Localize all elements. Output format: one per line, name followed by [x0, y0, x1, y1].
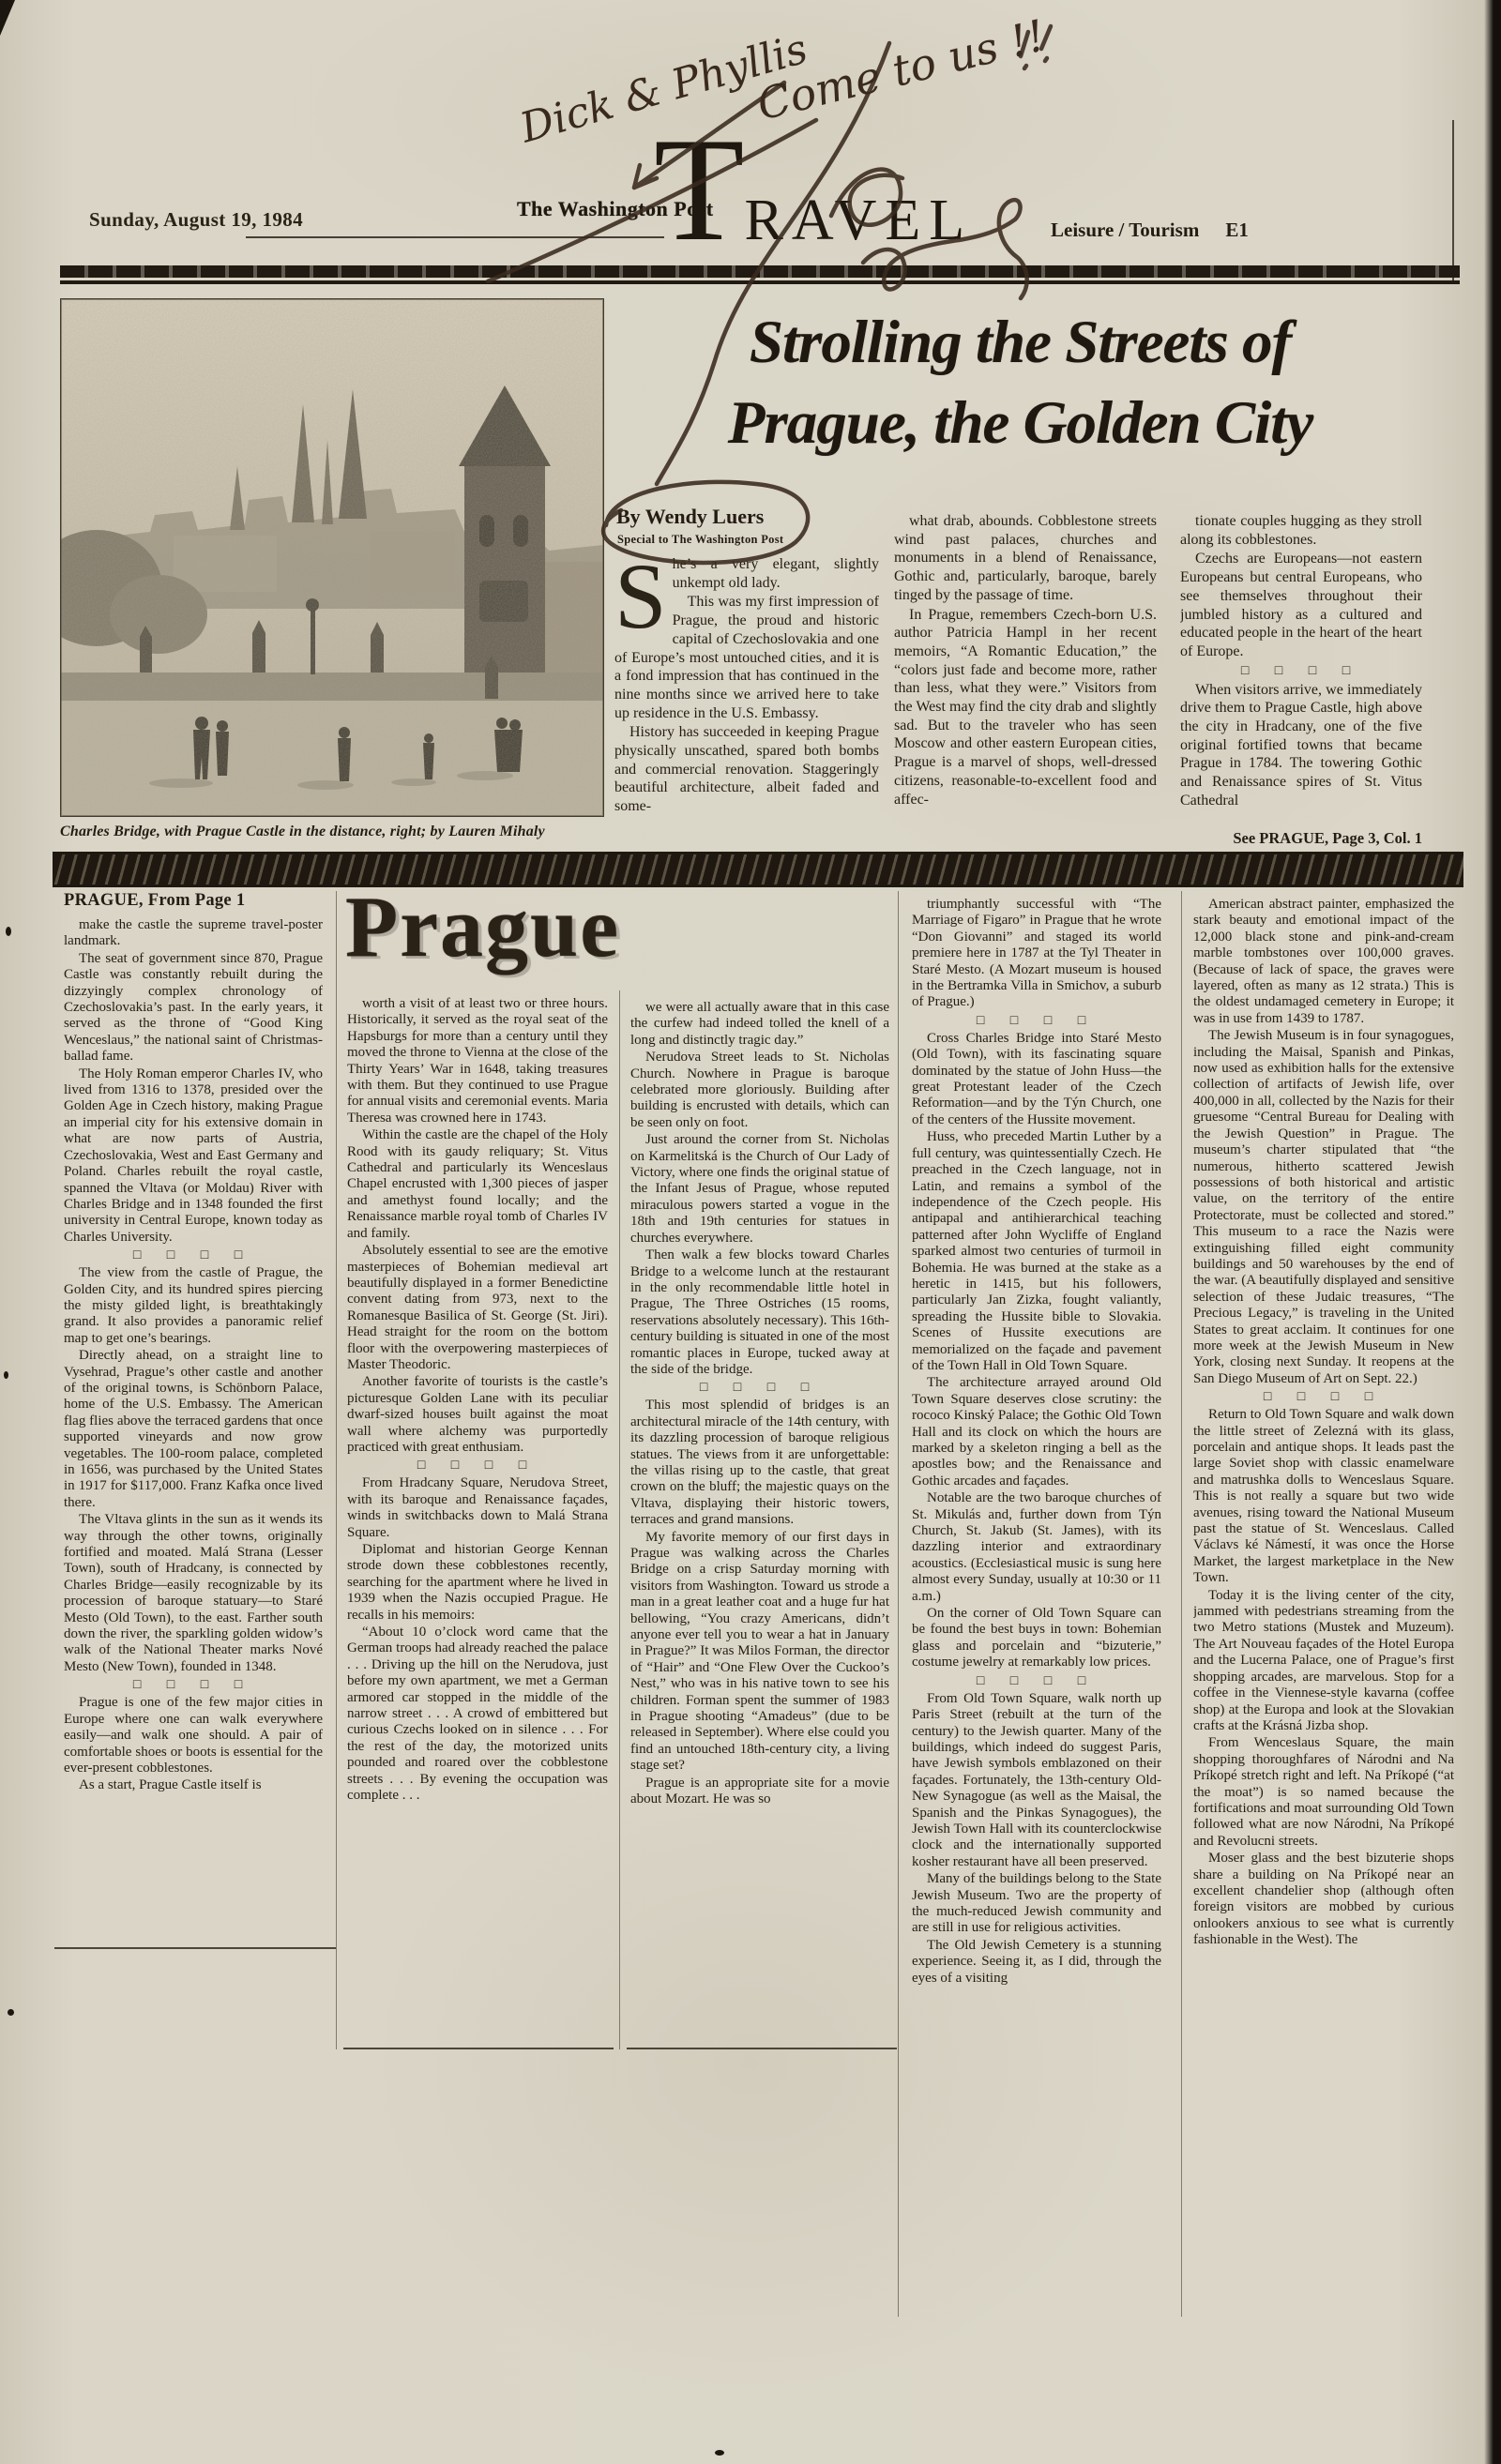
- paragraph: Notable are the two baroque churches of …: [912, 1490, 1161, 1605]
- section-break-squares: □ □ □ □: [912, 1012, 1161, 1030]
- section-divider-bar: [53, 852, 1463, 887]
- paragraph: From Wenceslaus Square, the main shoppin…: [1193, 1735, 1454, 1850]
- jump-line: See PRAGUE, Page 3, Col. 1: [1180, 829, 1422, 848]
- column-rule: [1181, 891, 1182, 2317]
- paragraph: make the castle the supreme travel-poste…: [64, 917, 323, 950]
- continuation-column-3: we were all actually aware that in this …: [630, 1000, 889, 2033]
- paragraph: “About 10 o’clock word came that the Ger…: [347, 1625, 608, 1804]
- paragraph: Within the castle are the chapel of the …: [347, 1127, 608, 1242]
- byline: By Wendy Luers: [616, 505, 764, 529]
- headline-line2: Prague, the Golden City: [600, 388, 1440, 459]
- photo-illustration: [61, 299, 603, 816]
- margin-rule-right: [1452, 120, 1454, 281]
- paragraph: As a start, Prague Castle itself is: [64, 1777, 323, 1793]
- continuation-column-1: make the castle the supreme travel-poste…: [64, 917, 323, 1943]
- paragraph: American abstract painter, emphasized th…: [1193, 897, 1454, 1027]
- paragraph: Just around the corner from St. Nicholas…: [630, 1132, 889, 1247]
- paragraph: Today it is the living center of the cit…: [1193, 1588, 1454, 1735]
- headline-line1: Strolling the Streets of: [600, 308, 1440, 378]
- paragraph: tionate couples hugging as they stroll a…: [1180, 512, 1422, 549]
- paragraph: Moser glass and the best bizuterie shops…: [1193, 1851, 1454, 1948]
- scan-edge-right: [1484, 0, 1501, 2464]
- newspaper-page: Sunday, August 19, 1984 The Washington P…: [0, 0, 1501, 2464]
- continuation-column-4: triumphantly successful with “The Marria…: [912, 897, 1161, 2320]
- page-code: E1: [1225, 219, 1249, 241]
- paragraph: The Old Jewish Cemetery is a stunning ex…: [912, 1938, 1161, 1987]
- paragraph: The seat of government since 870, Prague…: [64, 951, 323, 1066]
- paper-speck: [8, 2009, 14, 2016]
- continuation-headline: Prague: [345, 884, 619, 970]
- charles-bridge-photo: [60, 298, 604, 817]
- paragraph: Absolutely essential to see are the emot…: [347, 1243, 608, 1373]
- paper-speck: [6, 927, 11, 936]
- section-title-initial: T: [654, 122, 745, 258]
- handwriting-note: Come to us !!: [752, 9, 1051, 129]
- drop-cap: S: [614, 555, 673, 631]
- column-rule: [898, 891, 899, 2317]
- paragraph: Prague is one of the few major cities in…: [64, 1695, 323, 1776]
- paragraph: Many of the buildings belong to the Stat…: [912, 1871, 1161, 1937]
- paragraph: The Jewish Museum is in four synagogues,…: [1193, 1028, 1454, 1387]
- section-break-squares: □ □ □ □: [1193, 1388, 1454, 1406]
- section-title: TRAVEL: [654, 122, 973, 258]
- section-title-rest: RAVEL: [745, 188, 974, 254]
- issue-date: Sunday, August 19, 1984: [89, 208, 303, 232]
- byline-organization: Special to The Washington Post: [617, 533, 783, 547]
- column-end-rule: [343, 2048, 614, 2049]
- paragraph: This most splendid of bridges is an arch…: [630, 1398, 889, 1528]
- paragraph: Return to Old Town Square and walk down …: [1193, 1407, 1454, 1586]
- paragraph: what drab, abounds. Cobblestone streets …: [894, 512, 1157, 605]
- paragraph: triumphantly successful with “The Marria…: [912, 897, 1161, 1011]
- paragraph: My favorite memory of our first days in …: [630, 1530, 889, 1775]
- paragraph: When visitors arrive, we immediately dri…: [1180, 681, 1422, 810]
- paper-speck: [4, 1371, 8, 1379]
- section-break-squares: □ □ □ □: [1180, 662, 1422, 680]
- section-break-squares: □ □ □ □: [347, 1457, 608, 1474]
- scan-corner-top-left: [0, 0, 15, 36]
- exclamation-marks: [1021, 26, 1051, 68]
- paragraph: In Prague, remembers Czech-born U.S. aut…: [894, 606, 1157, 809]
- continuation-column-2: worth a visit of at least two or three h…: [347, 996, 608, 2033]
- paragraph: Diplomat and historian George Kennan str…: [347, 1542, 608, 1624]
- lead-column-3: tionate couples hugging as they stroll a…: [1180, 512, 1422, 827]
- paragraph: worth a visit of at least two or three h…: [347, 996, 608, 1126]
- section-break-squares: □ □ □ □: [64, 1676, 323, 1694]
- paragraph: The Holy Roman emperor Charles IV, who l…: [64, 1066, 323, 1246]
- lead-paragraph-first: She’s a very elegant, slightly unkempt o…: [614, 555, 879, 592]
- paragraph: Directly ahead, on a straight line to Vy…: [64, 1348, 323, 1511]
- paragraph: From Hradcany Square, Nerudova Street, w…: [347, 1475, 608, 1541]
- section-break-squares: □ □ □ □: [630, 1379, 889, 1397]
- column-rule: [336, 891, 337, 2049]
- paragraph: On the corner of Old Town Square can be …: [912, 1606, 1161, 1671]
- paragraph: Prague is an appropriate site for a movi…: [630, 1776, 889, 1808]
- column-rule: [619, 990, 620, 2049]
- continuation-column-5: American abstract painter, emphasized th…: [1193, 897, 1454, 2403]
- paragraph: History has succeeded in keeping Prague …: [614, 723, 879, 816]
- paragraph: Czechs are Europeans—not eastern Europea…: [1180, 550, 1422, 660]
- paragraph: Huss, who preceded Martin Luther by a fu…: [912, 1129, 1161, 1374]
- paragraph: Cross Charles Bridge into Staré Mesto (O…: [912, 1031, 1161, 1128]
- lead-first-text: he’s a very elegant, slightly unkempt ol…: [673, 556, 879, 591]
- paragraph: we were all actually aware that in this …: [630, 1000, 889, 1049]
- paper-speck: [715, 2450, 724, 2456]
- section-break-squares: □ □ □ □: [912, 1672, 1161, 1690]
- continuation-kicker: PRAGUE, From Page 1: [64, 891, 245, 911]
- masthead-rule: [246, 236, 664, 238]
- lead-column-2: what drab, abounds. Cobblestone streets …: [894, 512, 1157, 848]
- paragraph: The Vltava glints in the sun as it wends…: [64, 1512, 323, 1675]
- section-break-squares: □ □ □ □: [64, 1247, 323, 1264]
- paragraph: The architecture arrayed around Old Town…: [912, 1375, 1161, 1489]
- paragraph: Another favorite of tourists is the cast…: [347, 1374, 608, 1456]
- paragraph: Nerudova Street leads to St. Nicholas Ch…: [630, 1050, 889, 1131]
- masthead-divider-bar: [60, 265, 1460, 286]
- column-end-rule: [54, 1947, 336, 1949]
- edition-text: Leisure / Tourism: [1051, 219, 1199, 241]
- photo-caption: Charles Bridge, with Prague Castle in th…: [60, 824, 602, 840]
- paragraph: The view from the castle of Prague, the …: [64, 1265, 323, 1347]
- paragraph: Then walk a few blocks toward Charles Br…: [630, 1247, 889, 1378]
- lead-column-1: She’s a very elegant, slightly unkempt o…: [614, 555, 879, 848]
- column-end-rule: [627, 2048, 897, 2049]
- edition-label: Leisure / TourismE1: [1051, 219, 1249, 242]
- paragraph: From Old Town Square, walk north up Pari…: [912, 1691, 1161, 1870]
